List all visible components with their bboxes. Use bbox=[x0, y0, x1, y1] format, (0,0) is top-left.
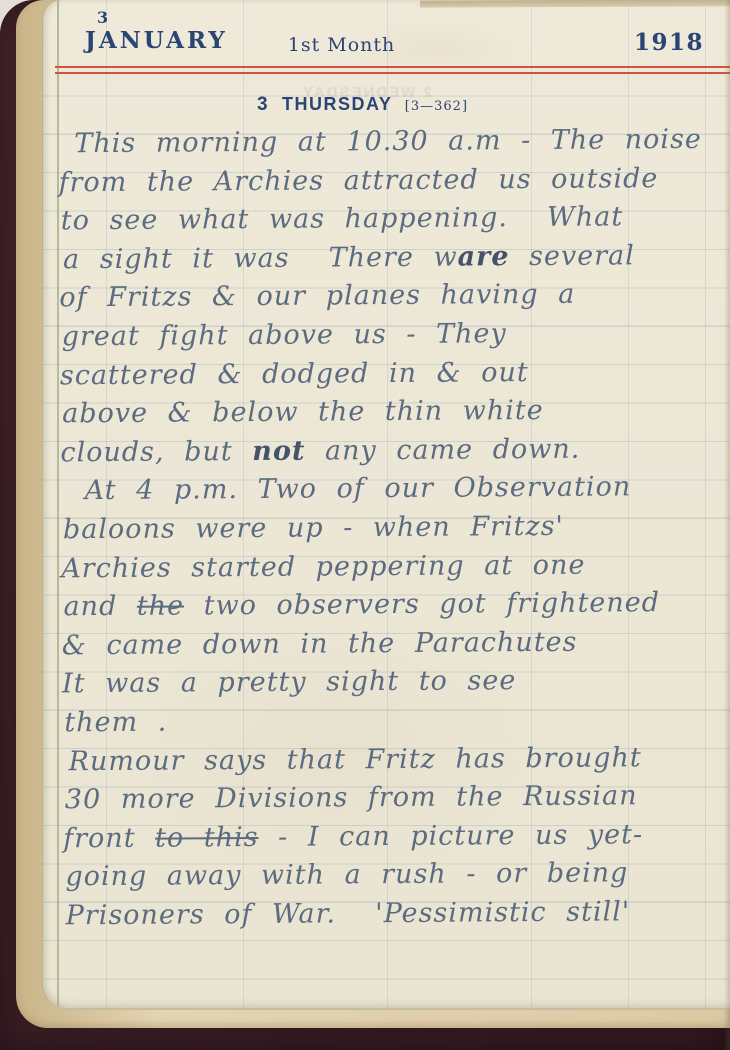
handwritten-words: two observers got frightened bbox=[184, 587, 660, 621]
diary-line: Rumour says that Fritz has brought bbox=[62, 741, 727, 784]
handwritten-words: - I can picture us yet- bbox=[258, 819, 643, 853]
diary-page: 3 JANUARY 1st Month 1918 2 WEDNESDAY 3 T… bbox=[42, 0, 730, 1010]
handwritten-words: of Fritzs & our planes having a bbox=[59, 279, 575, 314]
handwritten-words: a sight it was There w bbox=[63, 241, 458, 275]
diary-line: great fight above us - They bbox=[60, 317, 725, 360]
day-heading: 3 THURSDAY [3—362] bbox=[55, 94, 670, 116]
handwritten-words: & came down in the Parachutes bbox=[62, 626, 578, 661]
diary-line: Prisoners of War. 'Pessimistic still' bbox=[64, 896, 729, 939]
handwritten-words: It was a pretty sight to see bbox=[62, 665, 516, 699]
diary-line: Archies started peppering at one bbox=[61, 548, 726, 591]
year-label: 1918 bbox=[634, 29, 704, 56]
header-red-rule bbox=[55, 72, 730, 74]
handwritten-words: going away with a rush - or being bbox=[65, 858, 628, 893]
diary-line: and the two observers got frightened bbox=[61, 587, 726, 630]
handwritten-words: are bbox=[458, 241, 510, 272]
handwritten-words: Rumour says that Fritz has brought bbox=[68, 742, 641, 777]
handwritten-words: clouds, but bbox=[60, 436, 252, 468]
diary-line: It was a pretty sight to see bbox=[62, 664, 727, 707]
handwritten-words: not bbox=[252, 435, 305, 466]
diary-line: scattered & dodged in & out bbox=[60, 355, 725, 398]
handwritten-words: Archies started peppering at one bbox=[61, 549, 585, 584]
weekday-label: THURSDAY bbox=[282, 94, 392, 114]
handwritten-words: At 4 p.m. Two of our Observation bbox=[85, 472, 632, 507]
page-number: 3 bbox=[97, 8, 108, 27]
struck-words: the bbox=[137, 591, 184, 622]
handwritten-words: to see what was happening. What bbox=[61, 202, 624, 237]
diary-line: & came down in the Parachutes bbox=[62, 625, 727, 668]
diary-entry: This morning at 10.30 a.m - The noisefro… bbox=[58, 124, 729, 939]
handwritten-words: Prisoners of War. 'Pessimistic still' bbox=[66, 896, 631, 931]
diary-line: going away with a rush - or being bbox=[63, 857, 728, 900]
diary-line: of Fritzs & our planes having a bbox=[59, 278, 724, 321]
header-red-rule bbox=[55, 66, 730, 68]
handwritten-words: 30 more Divisions from the Russian bbox=[65, 780, 638, 815]
diary-line: This morning at 10.30 a.m - The noise bbox=[58, 124, 723, 167]
handwritten-words: several bbox=[509, 240, 635, 272]
diary-line: front to this - I can picture us yet- bbox=[63, 818, 728, 861]
handwritten-words: any came down. bbox=[305, 433, 580, 466]
diary-line: clouds, but not any came down. bbox=[60, 432, 725, 475]
diary-line: a sight it was There ware several bbox=[59, 239, 724, 282]
handwritten-words: baloons were up - when Fritzs' bbox=[63, 511, 564, 545]
diary-line: 30 more Divisions from the Russian bbox=[63, 780, 728, 823]
handwritten-words: front bbox=[63, 822, 155, 854]
handwritten-words: above & below the thin white bbox=[62, 395, 544, 429]
handwritten-words: them . bbox=[64, 706, 167, 738]
diary-line: At 4 p.m. Two of our Observation bbox=[61, 471, 726, 514]
handwritten-words: and bbox=[63, 591, 137, 623]
day-number: 3 bbox=[257, 94, 268, 115]
diary-line: baloons were up - when Fritzs' bbox=[61, 510, 726, 553]
month-ordinal-label: 1st Month bbox=[43, 34, 640, 56]
diary-line: from the Archies attracted us outside bbox=[58, 162, 723, 205]
diary-line: above & below the thin white bbox=[60, 394, 725, 437]
diary-line: to see what was happening. What bbox=[59, 201, 724, 244]
day-range-label: [3—362] bbox=[405, 99, 468, 114]
page-edge-shadow bbox=[724, 0, 730, 1050]
struck-words: to this bbox=[155, 822, 259, 854]
handwritten-words: This morning at 10.30 a.m - The noise bbox=[74, 124, 702, 159]
handwritten-words: scattered & dodged in & out bbox=[60, 357, 529, 391]
page-edge-top-sliver bbox=[420, 0, 730, 8]
diary-scan: 3 JANUARY 1st Month 1918 2 WEDNESDAY 3 T… bbox=[0, 0, 730, 1050]
diary-line: them . bbox=[62, 703, 727, 746]
handwritten-words: from the Archies attracted us outside bbox=[58, 163, 658, 198]
handwritten-words: great fight above us - They bbox=[62, 318, 507, 352]
